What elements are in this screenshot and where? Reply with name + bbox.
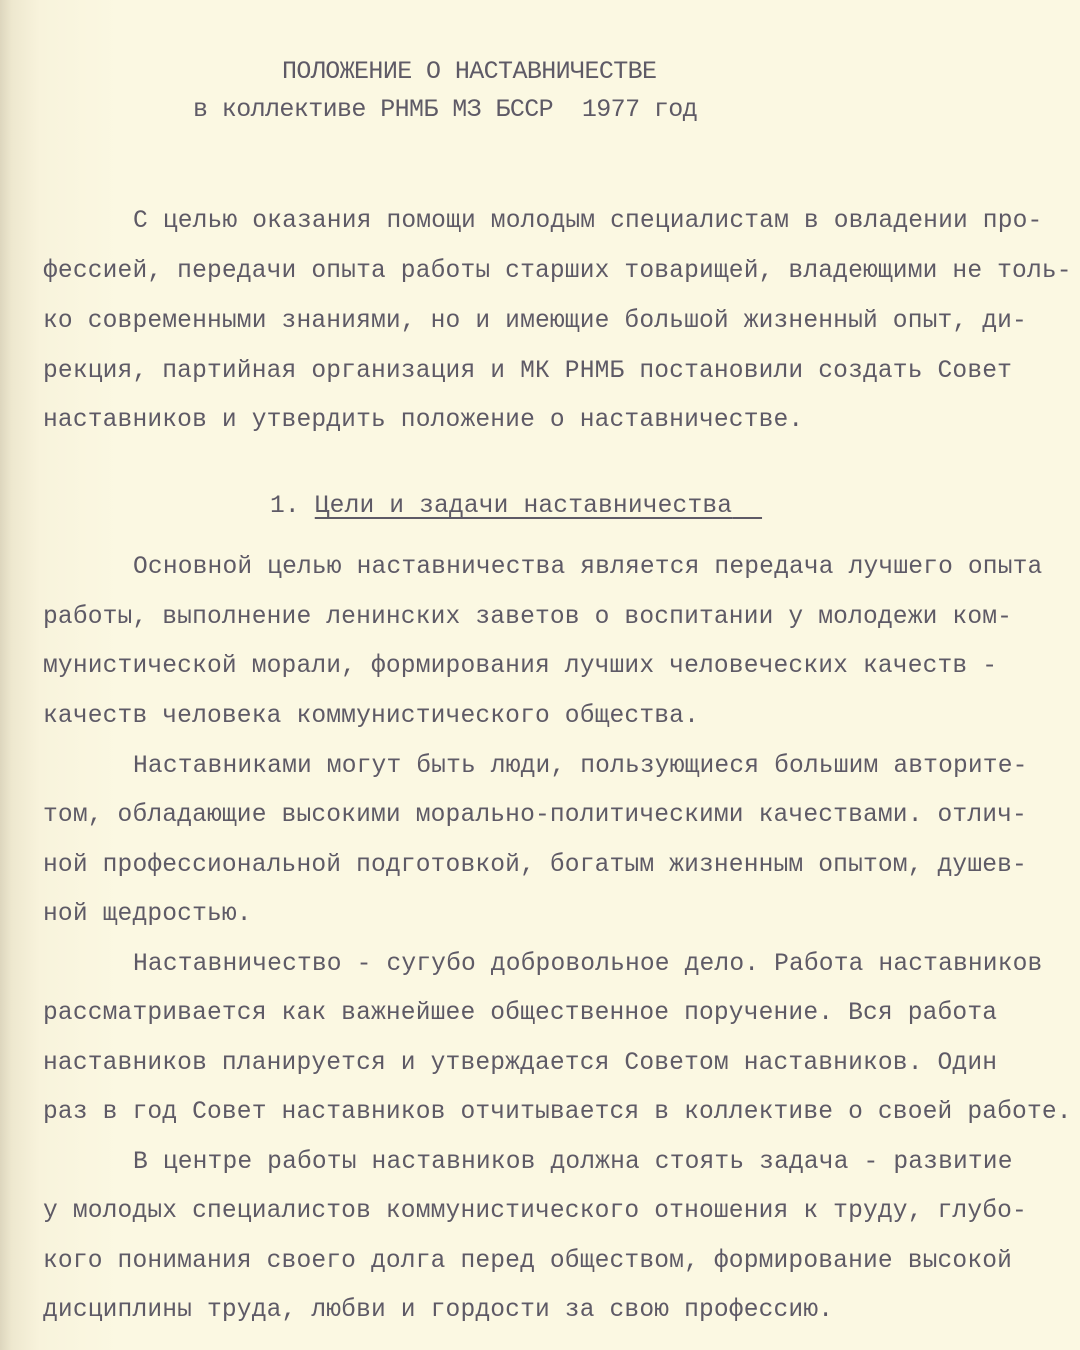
text-line: дисциплины труда, любви и гордости за св…: [43, 1296, 833, 1326]
text-line: фессией, передачи опыта работы старших т…: [43, 257, 1072, 287]
text-line: С целью оказания помощи молодым специали…: [133, 207, 1042, 237]
text-line: у молодых специалистов коммунистического…: [43, 1197, 1027, 1227]
text-line: раз в год Совет наставников отчитывается…: [43, 1098, 1072, 1128]
section-title: Цели и задачи наставничества: [315, 493, 732, 520]
text-line: ной профессиональной подготовкой, богаты…: [43, 851, 1027, 881]
text-line: Наставничество - сугубо добровольное дел…: [133, 950, 1042, 980]
text-line: качеств человека коммунистического общес…: [43, 702, 699, 732]
text-line: ной щедростью.: [43, 900, 252, 930]
text-line: Наставниками могут быть люди, пользующие…: [133, 752, 1028, 782]
document-title: ПОЛОЖЕНИЕ О НАСТАВНИЧЕСТВЕ: [282, 57, 656, 87]
text-line: том, обладающие высокими морально-полити…: [43, 801, 1027, 831]
text-line: работы, выполнение ленинских заветов о в…: [43, 603, 1012, 633]
text-line: рекция, партийная организация и МК РНМБ …: [43, 357, 1012, 387]
document-subtitle: в коллективе РНМБ МЗ БССР 1977 год: [193, 95, 697, 125]
text-line: кого понимания своего долга перед общест…: [43, 1247, 1012, 1277]
typewritten-document-page: ПОЛОЖЕНИЕ О НАСТАВНИЧЕСТВЕ в коллективе …: [0, 0, 1080, 1350]
text-line: рассматривается как важнейшее общественн…: [43, 999, 997, 1029]
text-line: В центре работы наставников должна стоят…: [133, 1148, 1013, 1178]
text-line: мунистической морали, формирования лучши…: [43, 652, 997, 682]
text-line: наставников и утвердить положение о наст…: [43, 406, 803, 436]
section-heading: 1. Цели и задачи наставничества: [270, 492, 762, 522]
text-line: ко современными знаниями, но и имеющие б…: [43, 307, 1027, 337]
text-line: Основной целью наставничества является п…: [133, 553, 1042, 583]
section-number: 1.: [270, 493, 300, 520]
text-line: наставников планируется и утверждается С…: [43, 1049, 997, 1079]
